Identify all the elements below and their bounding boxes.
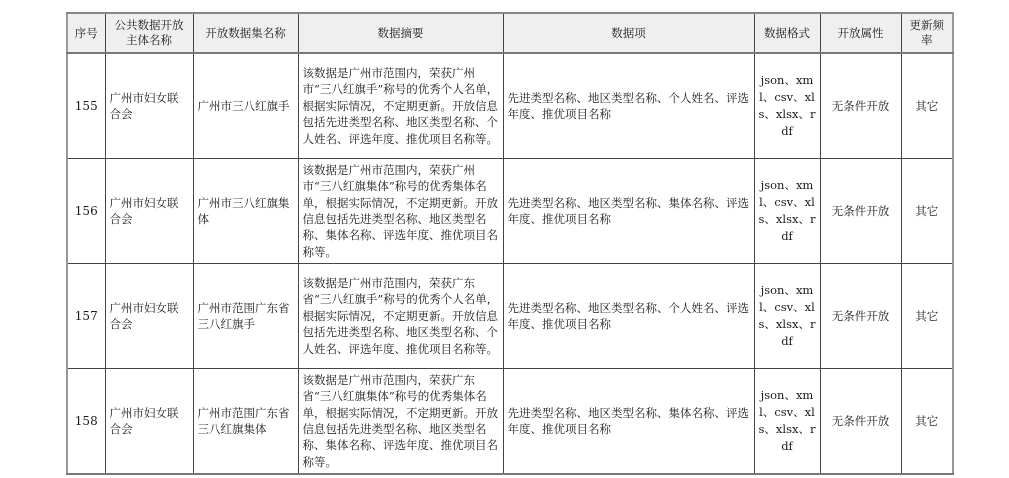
cell-seq: 157 [67, 264, 105, 369]
cell-dataset: 广州市范围广东省三八红旗手 [193, 264, 298, 369]
header-formats: 数据格式 [754, 13, 820, 53]
cell-dataset: 广州市三八红旗手 [193, 53, 298, 159]
header-summary: 数据摘要 [298, 13, 503, 53]
cell-access: 无条件开放 [820, 264, 901, 369]
cell-provider: 广州市妇女联合会 [105, 159, 193, 264]
open-data-catalog-table: 序号 公共数据开放主体名称 开放数据集名称 数据摘要 数据项 数据格式 开放属性… [66, 12, 954, 475]
table-header-row: 序号 公共数据开放主体名称 开放数据集名称 数据摘要 数据项 数据格式 开放属性… [67, 13, 953, 53]
header-seq: 序号 [67, 13, 105, 53]
cell-items: 先进类型名称、地区类型名称、个人姓名、评选年度、推优项目名称 [503, 264, 754, 369]
table-row: 155 广州市妇女联合会 广州市三八红旗手 该数据是广州市范围内，荣获广州市“三… [67, 53, 953, 159]
table-row: 156 广州市妇女联合会 广州市三八红旗集体 该数据是广州市范围内，荣获广州市“… [67, 159, 953, 264]
cell-frequency: 其它 [901, 264, 953, 369]
cell-summary: 该数据是广州市范围内，荣获广东省“三八红旗手”称号的优秀个人名单，根据实际情况，… [298, 264, 503, 369]
cell-dataset: 广州市三八红旗集体 [193, 159, 298, 264]
cell-access: 无条件开放 [820, 369, 901, 475]
cell-formats: json、xml、csv、xls、xlsx、rdf [754, 159, 820, 264]
cell-access: 无条件开放 [820, 53, 901, 159]
cell-items: 先进类型名称、地区类型名称、集体名称、评选年度、推优项目名称 [503, 159, 754, 264]
cell-seq: 158 [67, 369, 105, 475]
cell-formats: json、xml、csv、xls、xlsx、rdf [754, 264, 820, 369]
cell-seq: 156 [67, 159, 105, 264]
cell-dataset: 广州市范围广东省三八红旗集体 [193, 369, 298, 475]
header-dataset: 开放数据集名称 [193, 13, 298, 53]
header-items: 数据项 [503, 13, 754, 53]
cell-provider: 广州市妇女联合会 [105, 53, 193, 159]
cell-frequency: 其它 [901, 53, 953, 159]
cell-frequency: 其它 [901, 159, 953, 264]
table-row: 157 广州市妇女联合会 广州市范围广东省三八红旗手 该数据是广州市范围内，荣获… [67, 264, 953, 369]
table-row: 158 广州市妇女联合会 广州市范围广东省三八红旗集体 该数据是广州市范围内，荣… [67, 369, 953, 475]
cell-items: 先进类型名称、地区类型名称、个人姓名、评选年度、推优项目名称 [503, 53, 754, 159]
cell-summary: 该数据是广州市范围内，荣获广州市“三八红旗集体”称号的优秀集体名单，根据实际情况… [298, 159, 503, 264]
header-access: 开放属性 [820, 13, 901, 53]
cell-provider: 广州市妇女联合会 [105, 264, 193, 369]
cell-access: 无条件开放 [820, 159, 901, 264]
cell-formats: json、xml、csv、xls、xlsx、rdf [754, 53, 820, 159]
cell-frequency: 其它 [901, 369, 953, 475]
cell-provider: 广州市妇女联合会 [105, 369, 193, 475]
header-frequency: 更新频率 [901, 13, 953, 53]
cell-summary: 该数据是广州市范围内，荣获广州市“三八红旗手”称号的优秀个人名单，根据实际情况，… [298, 53, 503, 159]
header-provider: 公共数据开放主体名称 [105, 13, 193, 53]
cell-seq: 155 [67, 53, 105, 159]
cell-formats: json、xml、csv、xls、xlsx、rdf [754, 369, 820, 475]
cell-summary: 该数据是广州市范围内，荣获广东省“三八红旗集体”称号的优秀集体名单，根据实际情况… [298, 369, 503, 475]
cell-items: 先进类型名称、地区类型名称、集体名称、评选年度、推优项目名称 [503, 369, 754, 475]
